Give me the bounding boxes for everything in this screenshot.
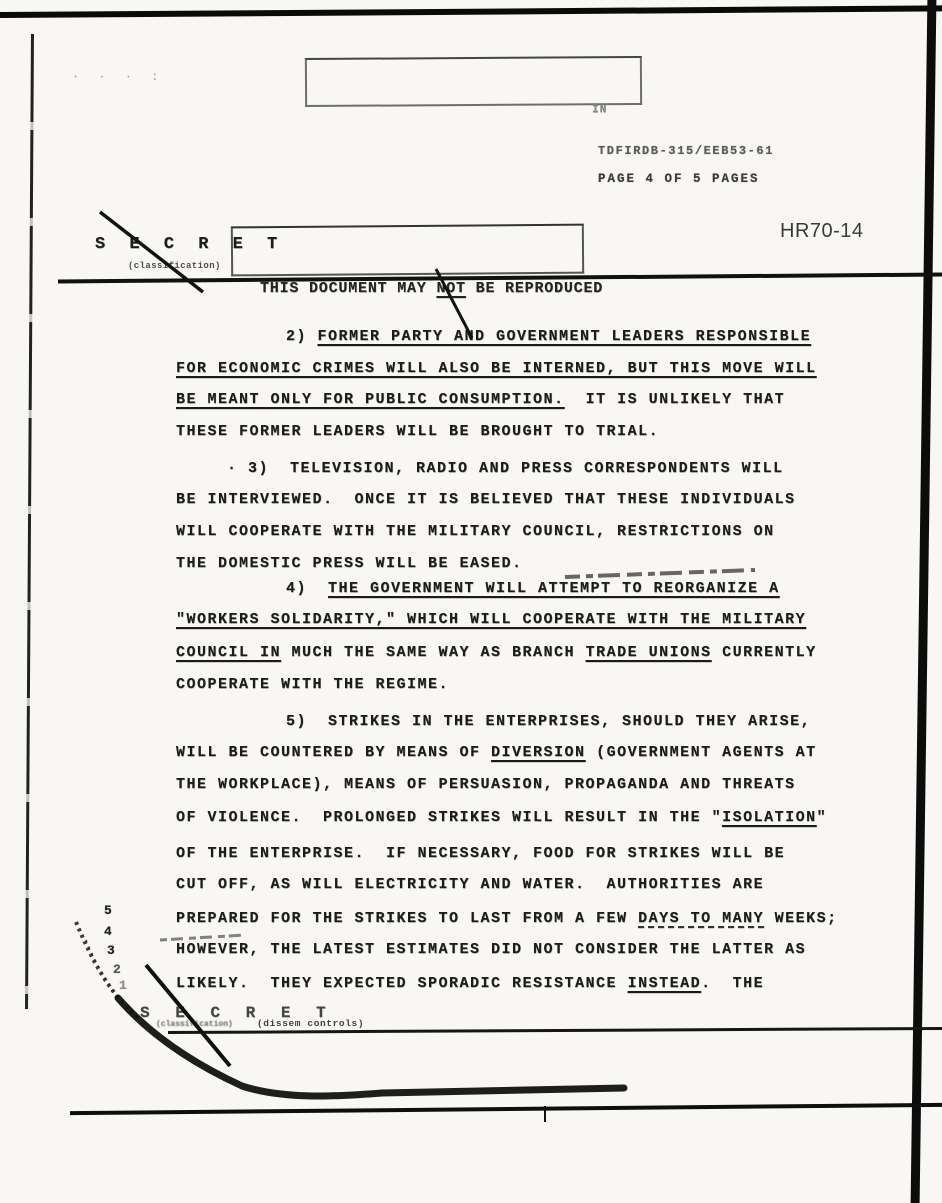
body-line: COUNCIL IN MUCH THE SAME WAY AS BRANCH T…	[176, 643, 817, 662]
page-bottom-rule	[70, 1103, 942, 1115]
body-line: PREPARED FOR THE STRIKES TO LAST FROM A …	[176, 909, 838, 928]
underlined-text: FOR ECONOMIC CRIMES WILL ALSO BE INTERNE…	[176, 360, 817, 377]
text: WILL COOPERATE WITH THE MILITARY COUNCIL…	[176, 523, 775, 540]
body-line: FOR ECONOMIC CRIMES WILL ALSO BE INTERNE…	[176, 359, 817, 378]
text: LIKELY. THEY EXPECTED SPORADIC RESISTANC…	[176, 975, 628, 992]
margin-number: 1	[119, 978, 127, 993]
body-line: 5) STRIKES IN THE ENTERPRISES, SHOULD TH…	[286, 712, 811, 731]
notice-not-underlined: NOT	[436, 280, 465, 297]
margin-number: 4	[104, 924, 112, 939]
classification-caption-top: (classification)	[128, 261, 221, 271]
body-line: HOWEVER, THE LATEST ESTIMATES DID NOT CO…	[176, 940, 806, 959]
text: (GOVERNMENT AGENTS AT	[586, 744, 817, 761]
text: 4)	[286, 580, 328, 597]
text: THE WORKPLACE), MEANS OF PERSUASION, PRO…	[176, 776, 796, 793]
text: CURRENTLY	[712, 644, 817, 661]
body-line: OF THE ENTERPRISE. IF NECESSARY, FOOD FO…	[176, 844, 785, 863]
body-line: · 3) TELEVISION, RADIO AND PRESS CORRESP…	[227, 459, 784, 478]
body-line: WILL COOPERATE WITH THE MILITARY COUNCIL…	[176, 522, 775, 541]
text: "	[817, 809, 828, 826]
text: CUT OFF, AS WILL ELECTRICITY AND WATER. …	[176, 876, 764, 893]
text: WEEKS;	[764, 910, 838, 927]
page-scan: · · · : IN TDFIRDB-315/EEB53-61 PAGE 4 O…	[0, 0, 942, 1203]
text: THE DOMESTIC PRESS WILL BE EASED.	[176, 555, 523, 572]
secret-stamp-top: S E C R E T	[95, 235, 284, 254]
in-annotation: IN	[592, 104, 607, 116]
margin-number: 3	[107, 943, 115, 958]
text: OF VIOLENCE. PROLONGED STRIKES WILL RESU…	[176, 809, 722, 826]
underlined-text: COUNCIL IN	[176, 644, 281, 661]
text: · 3) TELEVISION, RADIO AND PRESS CORRESP…	[227, 460, 784, 477]
text: 2)	[286, 328, 318, 345]
body-line: THE DOMESTIC PRESS WILL BE EASED.	[176, 554, 523, 573]
scan-edge-right	[911, 0, 937, 1203]
text: MUCH THE SAME WAY AS BRANCH	[281, 644, 586, 661]
dissem-controls-caption: (dissem controls)	[257, 1018, 364, 1029]
underlined-text: INSTEAD	[628, 975, 702, 992]
underlined-text: TRADE UNIONS	[586, 644, 712, 661]
underlined-text: DIVERSION	[491, 744, 586, 761]
underlined-text: DAYS TO MANY	[638, 910, 764, 927]
left-margin-rule	[25, 34, 33, 1009]
body-line: 4) THE GOVERNMENT WILL ATTEMPT TO REORGA…	[286, 579, 780, 598]
notice-text-end: BE REPRODUCED	[466, 280, 603, 297]
margin-number: 5	[104, 903, 112, 918]
text: OF THE ENTERPRISE. IF NECESSARY, FOOD FO…	[176, 845, 785, 862]
page-count: PAGE 4 OF 5 PAGES	[598, 172, 760, 186]
body-line: THE WORKPLACE), MEANS OF PERSUASION, PRO…	[176, 775, 796, 794]
scan-edge-top	[0, 5, 942, 18]
underlined-text: FORMER PARTY AND GOVERNMENT LEADERS RESP…	[318, 328, 812, 345]
text: PREPARED FOR THE STRIKES TO LAST FROM A …	[176, 910, 638, 927]
margin-number: 2	[113, 962, 121, 977]
reference-number: TDFIRDB-315/EEB53-61	[598, 144, 774, 158]
text: HOWEVER, THE LATEST ESTIMATES DID NOT CO…	[176, 941, 806, 958]
body-line: CUT OFF, AS WILL ELECTRICITY AND WATER. …	[176, 875, 764, 894]
underlined-text: "WORKERS SOLIDARITY," WHICH WILL COOPERA…	[176, 611, 806, 628]
body-line: OF VIOLENCE. PROLONGED STRIKES WILL RESU…	[176, 808, 827, 827]
text: COOPERATE WITH THE REGIME.	[176, 676, 449, 693]
text: BE INTERVIEWED. ONCE IT IS BELIEVED THAT…	[176, 491, 796, 508]
erasure-dashes	[565, 570, 755, 577]
text: . THE	[701, 975, 764, 992]
text: WILL BE COUNTERED BY MEANS OF	[176, 744, 491, 761]
body-line: BE MEANT ONLY FOR PUBLIC CONSUMPTION. IT…	[176, 390, 785, 409]
body-line: "WORKERS SOLIDARITY," WHICH WILL COOPERA…	[176, 610, 806, 629]
redaction-box-top	[305, 56, 642, 107]
notice-text: THIS DOCUMENT MAY	[260, 280, 436, 297]
pencil-specks: · · · :	[72, 70, 164, 84]
text: THESE FORMER LEADERS WILL BE BROUGHT TO …	[176, 423, 659, 440]
body-line: LIKELY. THEY EXPECTED SPORADIC RESISTANC…	[176, 974, 764, 993]
body-line: BE INTERVIEWED. ONCE IT IS BELIEVED THAT…	[176, 490, 796, 509]
classification-caption-bottom: (classification)	[156, 1020, 233, 1029]
underlined-text: BE MEANT ONLY FOR PUBLIC CONSUMPTION.	[176, 391, 565, 408]
reproduction-notice: THIS DOCUMENT MAY NOT BE REPRODUCED	[260, 280, 603, 297]
body-line: COOPERATE WITH THE REGIME.	[176, 675, 449, 694]
body-line: 2) FORMER PARTY AND GOVERNMENT LEADERS R…	[286, 327, 811, 346]
body-line: THESE FORMER LEADERS WILL BE BROUGHT TO …	[176, 422, 659, 441]
underlined-text: ISOLATION	[722, 809, 817, 826]
text: IT IS UNLIKELY THAT	[565, 391, 786, 408]
text: 5) STRIKES IN THE ENTERPRISES, SHOULD TH…	[286, 713, 811, 730]
body-line: WILL BE COUNTERED BY MEANS OF DIVERSION …	[176, 743, 817, 762]
scan-artifacts	[0, 0, 942, 1203]
release-stamp-hr70-14: HR70-14	[780, 220, 864, 243]
underlined-text: THE GOVERNMENT WILL ATTEMPT TO REORGANIZ…	[328, 580, 780, 597]
